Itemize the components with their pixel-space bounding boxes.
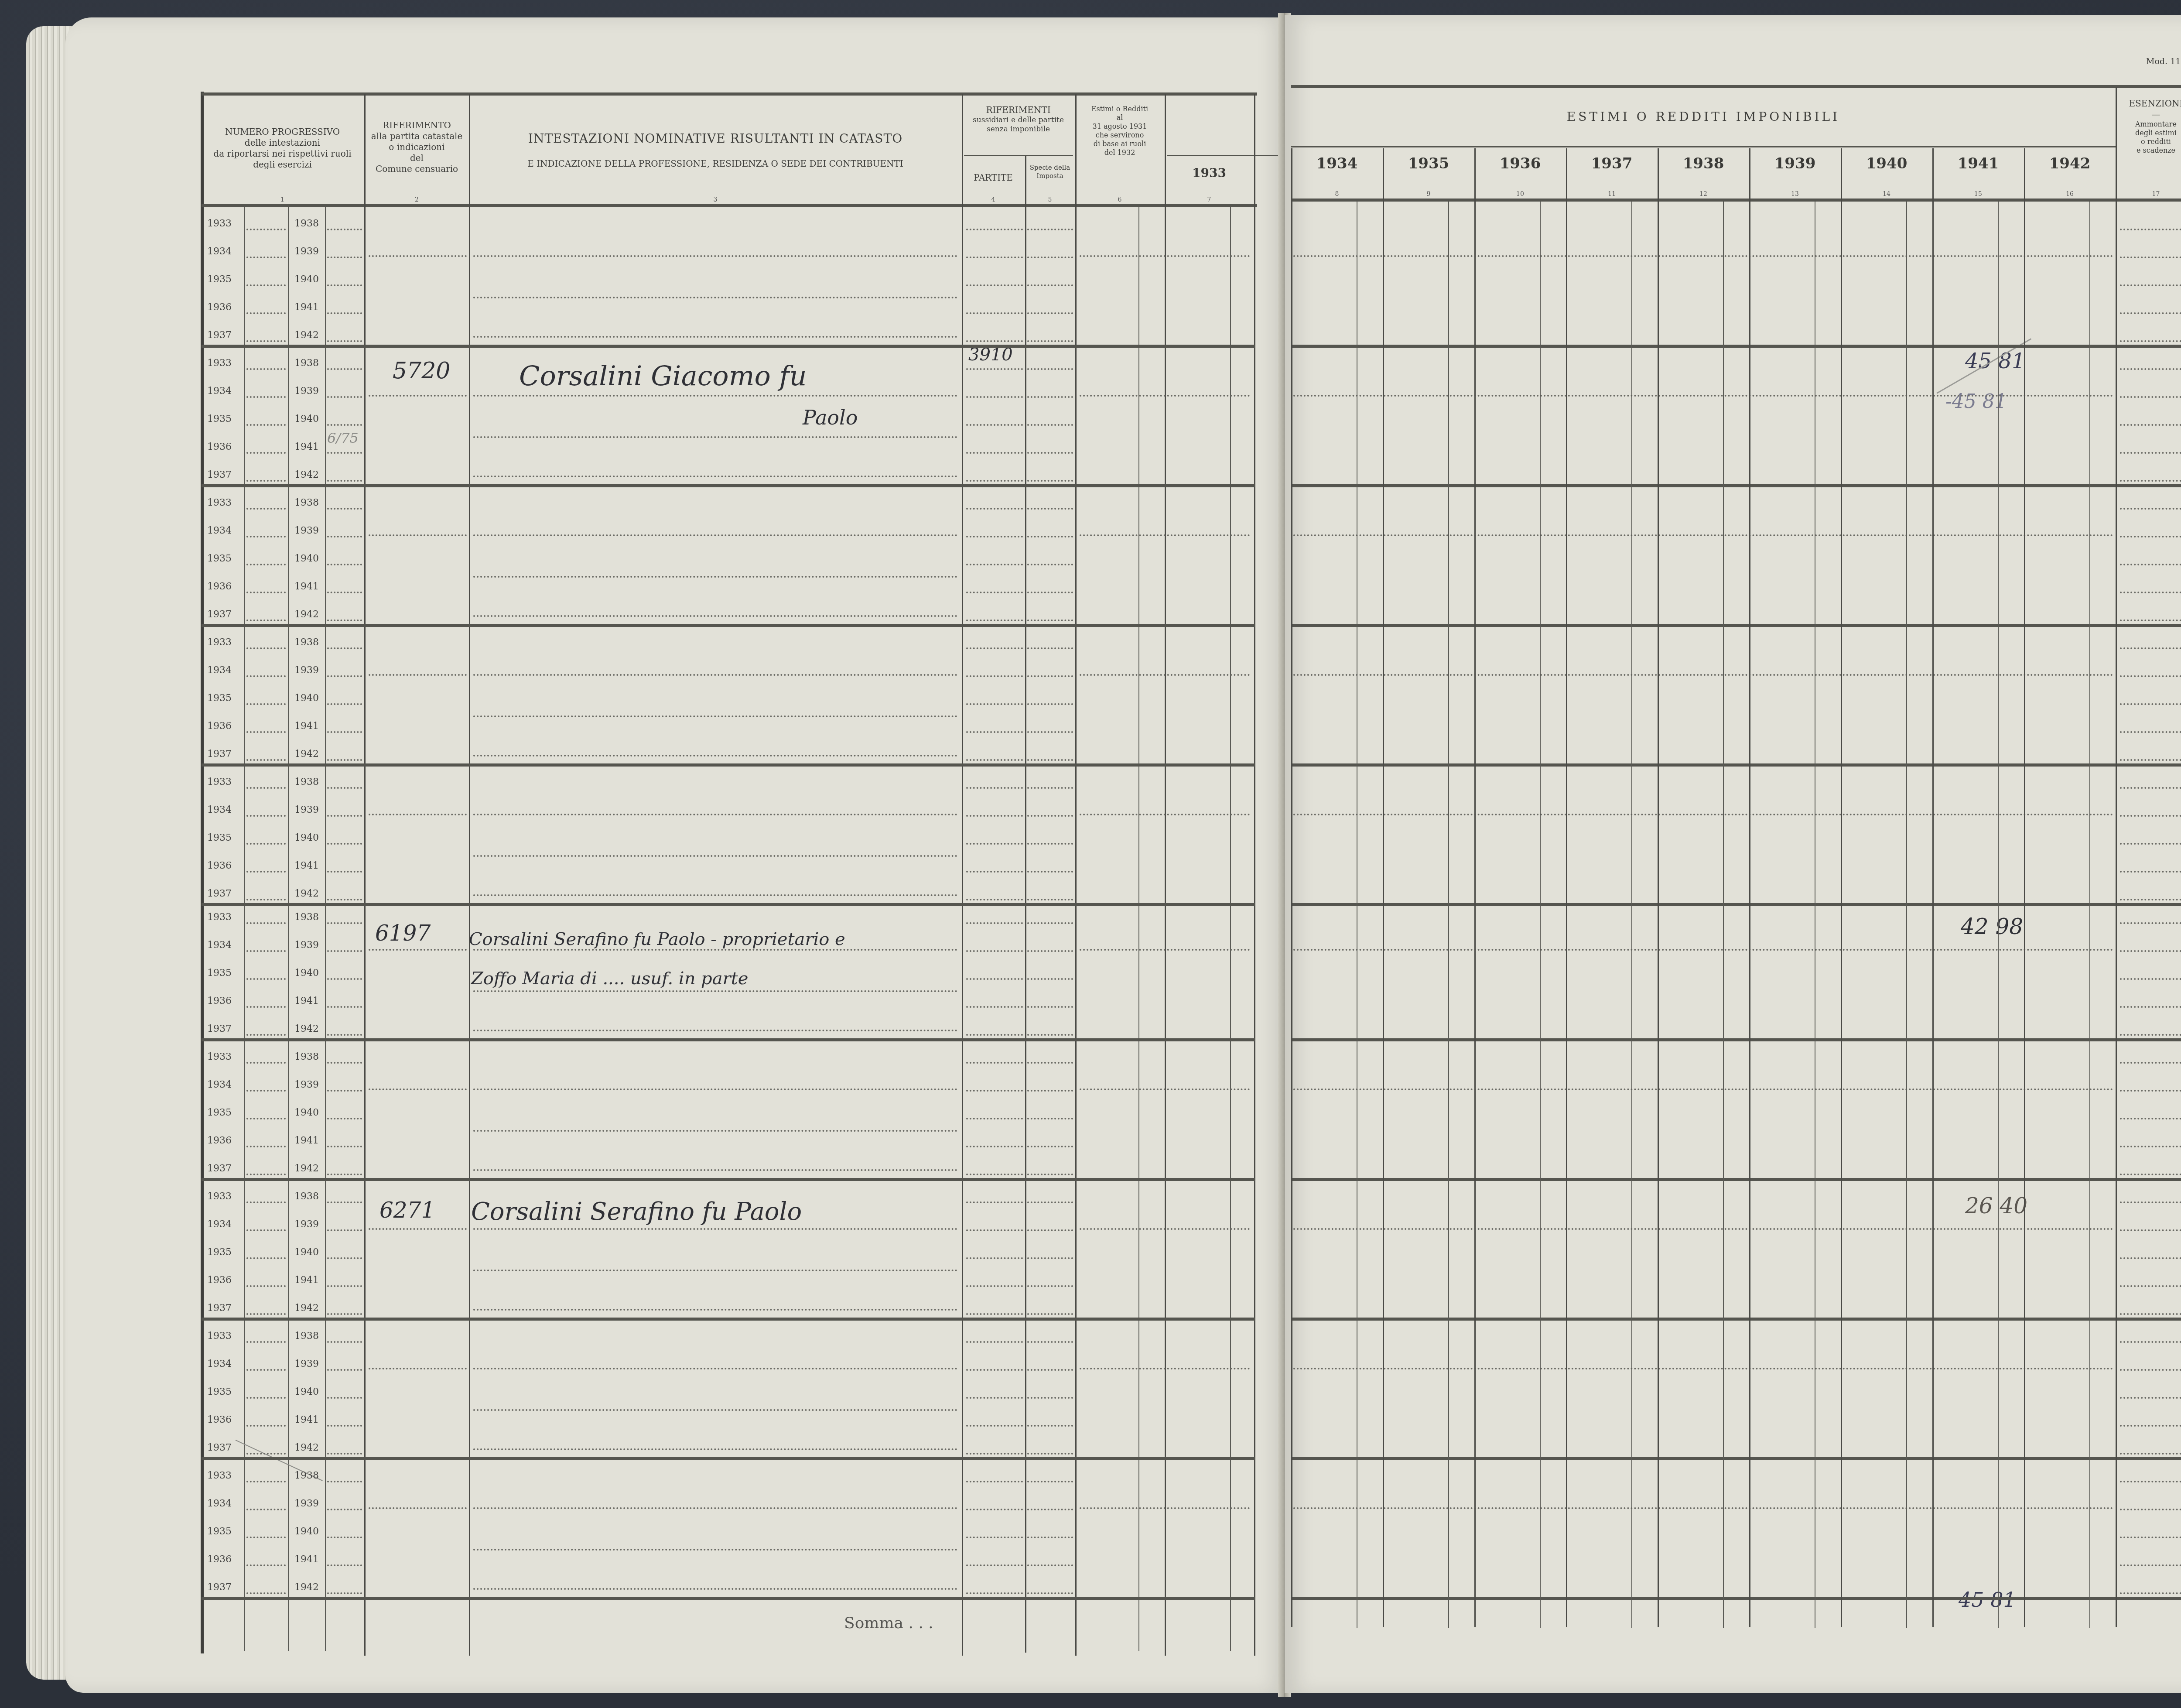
dotted-leader [966, 978, 1023, 980]
year-label-right: 1941 [294, 1554, 319, 1565]
cents-divider [2089, 202, 2090, 1628]
year-label-left: 1934 [207, 386, 232, 397]
dotted-leader [966, 1174, 1023, 1175]
dotted-leader [246, 452, 286, 454]
dotted-leader [2120, 1257, 2181, 1259]
col7-number: 7 [1166, 196, 1253, 203]
dotted-leader [966, 1341, 1023, 1343]
dotted-leader [327, 843, 362, 845]
col1-line4: degli esercizi [203, 159, 362, 170]
year-label-left: 1933 [207, 497, 232, 508]
name-leader [473, 1030, 957, 1031]
dotted-leader [327, 1229, 362, 1231]
col1-line3: da riportarsi nei rispettivi ruoli [203, 148, 362, 159]
year-label-right: 1941 [294, 996, 319, 1006]
dotted-leader [1027, 424, 1073, 426]
col6-line2: al [1076, 113, 1163, 122]
name-leader [473, 949, 957, 951]
col6-line4: che servirono [1076, 131, 1163, 140]
dotted-leader [966, 1397, 1023, 1399]
right-block-rule [1291, 1038, 2181, 1041]
dotted-leader [966, 731, 1023, 733]
year-col-divider [1383, 148, 1384, 1627]
dotted-leader [2120, 368, 2181, 370]
year-header-1939: 1939 [1749, 155, 1841, 172]
dotted-leader [2120, 229, 2181, 230]
year-label-left: 1936 [207, 1275, 232, 1286]
specie-header: Specie della Imposta [1026, 164, 1074, 180]
left-block-rule [202, 1457, 1255, 1460]
year-label-right: 1939 [294, 386, 319, 397]
year-label-right: 1940 [294, 968, 319, 979]
dotted-leader [966, 620, 1023, 621]
dotted-leader [2120, 950, 2181, 952]
dotted-leader [327, 480, 362, 482]
col6-cents-divider [1138, 207, 1139, 1651]
name-leader [473, 255, 957, 257]
dotted-leader [2120, 1341, 2181, 1343]
year-label-left: 1935 [207, 1107, 232, 1118]
right-block-rule [1291, 763, 2181, 767]
dotted-leader [327, 703, 362, 705]
entry2-riferimento: 6197 [375, 921, 431, 946]
left-block-rule [202, 903, 1255, 906]
col45-sub-rule [964, 155, 1073, 156]
dotted-leader [966, 1118, 1023, 1119]
dotted-leader [246, 1341, 286, 1343]
dotted-leader [1027, 1201, 1073, 1203]
riferimento-leader [369, 1507, 467, 1509]
dotted-leader [2120, 480, 2181, 482]
dotted-leader [327, 1146, 362, 1147]
form-title: Mod. 111 - Imposte Dirette (Intercalare, [2146, 57, 2181, 66]
dotted-leader [2120, 922, 2181, 924]
year-col-number: 16 [2024, 191, 2116, 198]
year-label-left: 1937 [207, 888, 232, 899]
col2-header: RIFERIMENTO alla partita catastale o ind… [366, 120, 468, 175]
dotted-leader [1027, 1397, 1073, 1399]
entry2-name-line1: Corsalini Serafino fu Paolo - proprietar… [469, 929, 845, 949]
dotted-leader [327, 1369, 362, 1371]
dotted-leader [966, 922, 1023, 924]
year-header-1935: 1935 [1383, 155, 1474, 172]
entry1-riferimento: 5720 [393, 358, 450, 384]
dotted-leader [2120, 1285, 2181, 1287]
dotted-leader [327, 1564, 362, 1566]
riferimento-leader [369, 814, 467, 815]
col6-line5: di base ai ruoli [1076, 140, 1163, 148]
dotted-leader [246, 703, 286, 705]
col5-number: 5 [1026, 196, 1074, 203]
value-leader [1293, 1507, 2113, 1509]
year-label-left: 1934 [207, 1359, 232, 1369]
year-label-left: 1935 [207, 693, 232, 704]
year-col-divider [2024, 148, 2025, 1627]
value-leader [1080, 1088, 1250, 1090]
dotted-leader [1027, 1146, 1073, 1147]
dotted-leader [246, 424, 286, 426]
dotted-leader [966, 1509, 1023, 1510]
year-label-left: 1933 [207, 637, 232, 648]
dotted-leader [1027, 1341, 1073, 1343]
dotted-leader [327, 1257, 362, 1259]
year-label-right: 1939 [294, 1359, 319, 1369]
right-page [1285, 15, 2181, 1693]
year-label-right: 1941 [294, 1135, 319, 1146]
dotted-leader [246, 950, 286, 952]
dotted-leader [246, 871, 286, 873]
dotted-leader [1027, 815, 1073, 817]
entry1-name-line2: Paolo [803, 406, 858, 429]
dotted-leader [1027, 340, 1073, 342]
dotted-leader [1027, 787, 1073, 789]
dotted-leader [1027, 1090, 1073, 1092]
dotted-leader [246, 1285, 286, 1287]
value-leader [1293, 814, 2113, 815]
dotted-leader [966, 1229, 1023, 1231]
col6-line1: Estimi o Redditi [1076, 105, 1163, 113]
dotted-leader [246, 1062, 286, 1064]
year-col-divider [1474, 148, 1476, 1627]
left-block-rule [202, 1178, 1255, 1181]
right-block-rule [1291, 1178, 2181, 1181]
dotted-leader [1027, 1564, 1073, 1566]
dotted-leader [1027, 1257, 1073, 1259]
year-col-divider [1291, 148, 1292, 1627]
header-bottom-rule [202, 204, 1257, 207]
dotted-leader [1027, 229, 1073, 230]
year-label-right: 1939 [294, 1498, 319, 1509]
esenzioni-line1: Ammontare [2118, 120, 2181, 129]
dotted-leader [327, 340, 362, 342]
year-label-left: 1937 [207, 1163, 232, 1174]
dotted-leader [2120, 1425, 2181, 1427]
value-leader [1080, 814, 1250, 815]
right-block-rule [1291, 903, 2181, 906]
dotted-leader [966, 1481, 1023, 1482]
year-label-left: 1936 [207, 302, 232, 313]
name-leader [473, 1507, 957, 1509]
dotted-leader [1027, 978, 1073, 980]
dotted-leader [2120, 424, 2181, 426]
dotted-leader [1027, 1453, 1073, 1455]
col2-line2: alla partita catastale [366, 131, 468, 142]
dotted-leader [1027, 1062, 1073, 1064]
year-label-right: 1939 [294, 1219, 319, 1230]
name-leader [473, 1368, 957, 1369]
dotted-leader [327, 1453, 362, 1455]
value-leader [1293, 1228, 2113, 1230]
dotted-leader [327, 647, 362, 649]
dotted-leader [246, 1313, 286, 1315]
dotted-leader [966, 564, 1023, 565]
dotted-leader [327, 1509, 362, 1510]
cents-divider [1906, 202, 1907, 1628]
dotted-leader [966, 1592, 1023, 1594]
dotted-leader [1027, 871, 1073, 873]
year-label-right: 1940 [294, 414, 319, 424]
somma-value-1941: 45 81 [1959, 1588, 2016, 1612]
dotted-leader [246, 647, 286, 649]
year-label-left: 1935 [207, 968, 232, 979]
year-label-left: 1934 [207, 940, 232, 951]
dotted-leader [2120, 843, 2181, 845]
dotted-leader [2120, 1146, 2181, 1147]
value-leader [1293, 1088, 2113, 1090]
year-label-right: 1942 [294, 609, 319, 620]
dotted-leader [1027, 396, 1073, 398]
dotted-leader [327, 1118, 362, 1119]
year-label-left: 1935 [207, 553, 232, 564]
dotted-leader [246, 978, 286, 980]
dotted-leader [2120, 1090, 2181, 1092]
right-block-rule [1291, 1318, 2181, 1321]
year-header-1941: 1941 [1932, 155, 2024, 172]
dotted-leader [966, 703, 1023, 705]
dotted-leader [1027, 620, 1073, 621]
col1-sub1 [244, 207, 245, 1651]
name-leader [473, 297, 957, 298]
year-label-left: 1937 [207, 1442, 232, 1453]
year-label-right: 1938 [294, 1470, 319, 1481]
dotted-leader [2120, 1062, 2181, 1064]
dotted-leader [327, 424, 362, 426]
year-label-right: 1941 [294, 302, 319, 313]
value-leader [1293, 674, 2113, 676]
year-label-left: 1937 [207, 1582, 232, 1593]
year-col-divider [1566, 148, 1567, 1627]
dotted-leader [2120, 1592, 2181, 1594]
dotted-leader [327, 1537, 362, 1538]
dotted-leader [246, 1509, 286, 1510]
col2-line3: o indicazioni [366, 142, 468, 153]
dotted-leader [966, 1537, 1023, 1538]
year-label-left: 1936 [207, 1554, 232, 1565]
dotted-leader [966, 536, 1023, 537]
col7-year: 1933 [1166, 166, 1253, 180]
dotted-leader [2120, 340, 2181, 342]
year-label-left: 1936 [207, 721, 232, 732]
year-label-right: 1942 [294, 330, 319, 341]
dotted-leader [1027, 592, 1073, 593]
dotted-leader [246, 1201, 286, 1203]
year-label-right: 1938 [294, 1191, 319, 1202]
year-label-left: 1934 [207, 525, 232, 536]
dotted-leader [246, 340, 286, 342]
dotted-leader [327, 1313, 362, 1315]
dotted-leader [246, 396, 286, 398]
value-leader [1080, 255, 1250, 257]
dotted-leader [2120, 787, 2181, 789]
entry3-value-1941: 26 40 [1965, 1193, 2027, 1219]
form-title-prefix: Mod. 111 - Imposte Dirette [2146, 57, 2181, 66]
dotted-leader [327, 731, 362, 733]
dotted-leader [246, 1397, 286, 1399]
year-label-left: 1935 [207, 274, 232, 285]
name-leader [473, 1130, 957, 1132]
year-label-left: 1936 [207, 442, 232, 452]
dotted-leader [327, 1062, 362, 1064]
dotted-leader [966, 675, 1023, 677]
dotted-leader [966, 229, 1023, 230]
riferimento-leader [369, 255, 467, 257]
dotted-leader [966, 284, 1023, 286]
dotted-leader [1027, 1174, 1073, 1175]
riferimento-leader [369, 674, 467, 676]
year-header-1934: 1934 [1291, 155, 1383, 172]
year-label-right: 1938 [294, 777, 319, 787]
dotted-leader [1027, 1592, 1073, 1594]
dotted-leader [1027, 1313, 1073, 1315]
dotted-leader [2120, 1006, 2181, 1008]
year-col-number: 10 [1474, 191, 1566, 198]
year-col-divider [1658, 148, 1659, 1627]
col3-divider [469, 94, 470, 1656]
year-label-left: 1935 [207, 1247, 232, 1258]
col1-line2: delle intestazioni [203, 137, 362, 148]
dotted-leader [1027, 452, 1073, 454]
dotted-leader [1027, 368, 1073, 370]
dotted-leader [966, 1425, 1023, 1427]
year-header-1942: 1942 [2024, 155, 2116, 172]
dotted-leader [246, 675, 286, 677]
dotted-leader [1027, 843, 1073, 845]
dotted-leader [2120, 1453, 2181, 1455]
year-label-right: 1938 [294, 358, 319, 369]
name-leader [473, 1309, 957, 1311]
dotted-leader [1027, 1481, 1073, 1482]
dotted-leader [1027, 647, 1073, 649]
dotted-leader [2120, 731, 2181, 733]
specie-label: Specie della Imposta [1026, 164, 1074, 180]
riferimento-leader [369, 395, 467, 397]
left-block-rule [202, 763, 1255, 767]
right-block-rule [1291, 484, 2181, 487]
dotted-leader [966, 787, 1023, 789]
year-label-right: 1940 [294, 553, 319, 564]
dotted-leader [966, 1257, 1023, 1259]
year-label-right: 1941 [294, 581, 319, 592]
dotted-leader [246, 1425, 286, 1427]
dotted-leader [327, 396, 362, 398]
year-label-left: 1937 [207, 609, 232, 620]
year-label-right: 1939 [294, 246, 319, 257]
year-label-right: 1939 [294, 804, 319, 815]
dotted-leader [966, 1453, 1023, 1455]
col1-sub3 [325, 207, 326, 1651]
dotted-leader [2120, 1118, 2181, 1119]
year-col-divider [1749, 148, 1750, 1627]
col3-subtitle: E INDICAZIONE DELLA PROFESSIONE, RESIDEN… [471, 158, 960, 169]
col45-title: RIFERIMENTI [963, 105, 1074, 116]
cents-divider [1540, 202, 1541, 1628]
dotted-leader [966, 368, 1023, 370]
dotted-leader [1027, 284, 1073, 286]
dotted-leader [246, 1118, 286, 1119]
dotted-leader [966, 480, 1023, 482]
cents-divider [1723, 202, 1724, 1628]
name-leader [473, 990, 957, 992]
year-label-left: 1933 [207, 1470, 232, 1481]
dotted-leader [327, 1090, 362, 1092]
right-block-rule [1291, 1457, 2181, 1460]
dotted-leader [2120, 257, 2181, 258]
dotted-leader [1027, 731, 1073, 733]
year-label-right: 1940 [294, 274, 319, 285]
value-leader [1080, 1368, 1250, 1369]
dotted-leader [2120, 703, 2181, 705]
year-label-right: 1941 [294, 1414, 319, 1425]
somma-label: Somma . . . [844, 1614, 933, 1632]
value-leader [1293, 949, 2113, 951]
year-label-right: 1940 [294, 1107, 319, 1118]
dotted-leader [966, 424, 1023, 426]
year-col-divider [1841, 148, 1842, 1627]
col2-line4: del [366, 153, 468, 164]
year-label-right: 1939 [294, 940, 319, 951]
left-block-rule [202, 345, 1255, 348]
col3-number: 3 [471, 196, 960, 203]
dotted-leader [2120, 508, 2181, 510]
col3-title: INTESTAZIONI NOMINATIVE RISULTANTI IN CA… [471, 131, 960, 146]
col7-divider [1165, 94, 1166, 1656]
col2-number: 2 [366, 196, 468, 203]
year-col-number: 15 [1932, 191, 2024, 198]
dotted-leader [246, 564, 286, 565]
dotted-leader [246, 731, 286, 733]
year-label-left: 1936 [207, 1135, 232, 1146]
years-sub-rule [1291, 146, 2116, 147]
dotted-leader [327, 1592, 362, 1594]
name-leader [473, 674, 957, 676]
dotted-leader [246, 1174, 286, 1175]
dotted-leader [2120, 1034, 2181, 1036]
dotted-leader [2120, 1564, 2181, 1566]
dotted-leader [246, 1146, 286, 1147]
year-label-left: 1934 [207, 1498, 232, 1509]
dotted-leader [1027, 1118, 1073, 1119]
year-col-number: 8 [1291, 191, 1383, 198]
year-label-right: 1938 [294, 1051, 319, 1062]
value-leader [1293, 255, 2113, 257]
dotted-leader [327, 787, 362, 789]
year-label-right: 1940 [294, 693, 319, 704]
year-label-left: 1936 [207, 996, 232, 1006]
year-label-left: 1934 [207, 246, 232, 257]
name-leader [473, 755, 957, 756]
left-block-rule [202, 484, 1255, 487]
dotted-leader [246, 843, 286, 845]
year-header-1937: 1937 [1566, 155, 1658, 172]
year-label-left: 1933 [207, 1051, 232, 1062]
dotted-leader [327, 1425, 362, 1427]
year-label-right: 1942 [294, 469, 319, 480]
dotted-leader [2120, 592, 2181, 593]
col2-divider [364, 94, 366, 1656]
year-label-right: 1940 [294, 1247, 319, 1258]
esenzioni-line3: o redditi [2118, 137, 2181, 146]
dotted-leader [327, 759, 362, 761]
year-label-right: 1940 [294, 1526, 319, 1537]
dotted-leader [246, 508, 286, 510]
year-label-right: 1938 [294, 1331, 319, 1342]
dotted-leader [246, 620, 286, 621]
left-block-rule [202, 1318, 1255, 1321]
dotted-leader [2120, 759, 2181, 761]
riferimento-leader [369, 534, 467, 536]
year-label-left: 1935 [207, 1386, 232, 1397]
col1-title: NUMERO PROGRESSIVO [203, 127, 362, 137]
